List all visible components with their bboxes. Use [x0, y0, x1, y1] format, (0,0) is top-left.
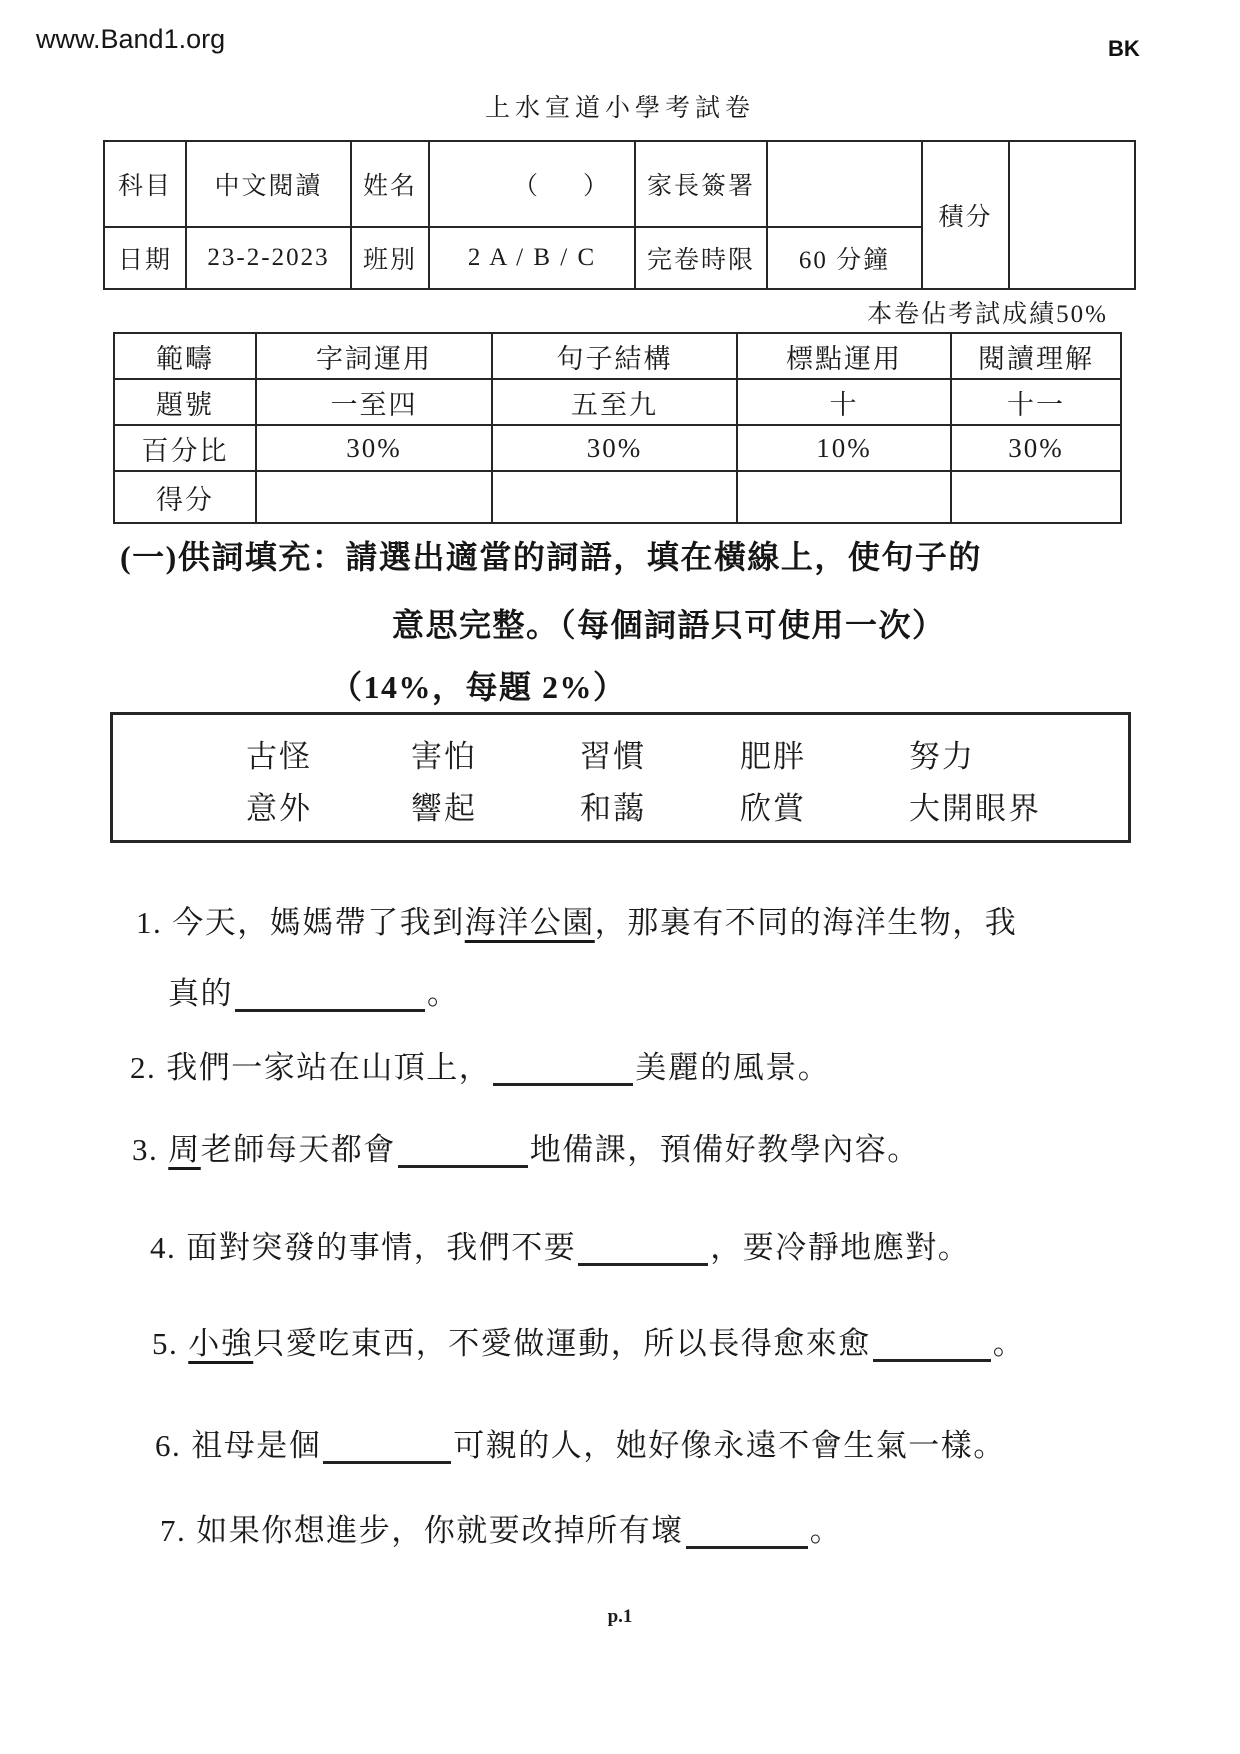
score-weight-note: 本卷佔考試成績50% — [0, 294, 1108, 330]
answer-blank — [493, 1076, 633, 1086]
question-text: 如果你想進步，你就要改掉所有壞 — [196, 1513, 684, 1548]
breakdown-row-percentage: 百分比 30% 30% 10% 30% — [114, 425, 1121, 471]
breakdown-cell — [256, 471, 492, 523]
question-text: 。 — [810, 1513, 843, 1548]
breakdown-row-marks: 得分 — [114, 471, 1121, 523]
subject-label-cell: 科目 — [104, 141, 186, 227]
breakdown-cell: 30% — [492, 425, 737, 471]
watermark-text: www.Band1.org — [36, 24, 225, 55]
question-text: 。 — [427, 976, 460, 1011]
word-bank-word: 古怪 — [246, 731, 411, 776]
question-text: ，要冷靜地應對。 — [710, 1230, 970, 1265]
answer-blank — [235, 1002, 425, 1012]
question-3: 3.周老師每天都會地備課，預備好教學內容。 — [132, 1124, 920, 1169]
exam-info-table: 科目 中文閱讀 姓名 （ ） 家長簽署 積分 日期 23-2-2023 班別 2… — [103, 140, 1136, 290]
question-text: 。 — [993, 1326, 1026, 1361]
answer-blank — [578, 1256, 708, 1266]
date-label-cell: 日期 — [104, 227, 186, 289]
word-bank-word: 欣賞 — [740, 783, 909, 828]
question-text: 真的 — [168, 976, 233, 1011]
underlined-term: 海洋公園 — [465, 905, 595, 940]
score-label-cell: 積分 — [922, 141, 1009, 289]
exam-paper-page: www.Band1.org BK 上水宣道小學考試卷 科目 中文閱讀 姓名 （ … — [0, 0, 1240, 1754]
corner-code-label: BK — [1108, 36, 1140, 62]
breakdown-cell: 30% — [951, 425, 1121, 471]
breakdown-cell: 題號 — [114, 379, 256, 425]
word-bank-row-1: 古怪害怕習慣肥胖努力 — [246, 731, 1128, 783]
breakdown-row-question-numbers: 題號 一至四 五至九 十 十一 — [114, 379, 1121, 425]
class-label-cell: 班別 — [351, 227, 429, 289]
section-one-marks-note: （14%，每題 2%） — [330, 662, 627, 708]
breakdown-cell: 字詞運用 — [256, 333, 492, 379]
underlined-term: 小強 — [188, 1326, 253, 1361]
question-4: 4.面對突發的事情，我們不要，要冷靜地應對。 — [150, 1222, 970, 1267]
word-bank-word: 和藹 — [580, 783, 740, 828]
question-number: 7. — [160, 1513, 186, 1548]
breakdown-cell: 十一 — [951, 379, 1121, 425]
name-value-cell: （ ） — [429, 141, 635, 227]
question-text: ，那裏有不同的海洋生物，我 — [595, 905, 1018, 940]
word-bank-word: 害怕 — [411, 731, 580, 776]
question-number: 6. — [155, 1428, 181, 1463]
breakdown-cell: 30% — [256, 425, 492, 471]
breakdown-cell: 10% — [737, 425, 951, 471]
breakdown-cell: 得分 — [114, 471, 256, 523]
question-number: 2. — [130, 1050, 156, 1085]
question-text: 只愛吃東西，不愛做運動，所以長得愈來愈 — [253, 1326, 871, 1361]
breakdown-cell: 範疇 — [114, 333, 256, 379]
breakdown-cell: 句子結構 — [492, 333, 737, 379]
breakdown-cell: 標點運用 — [737, 333, 951, 379]
subject-value-cell: 中文閱讀 — [186, 141, 351, 227]
question-text: 美麗的風景。 — [635, 1050, 830, 1085]
question-text: 面對突發的事情，我們不要 — [186, 1230, 576, 1265]
class-value-cell: 2 A / B / C — [429, 227, 635, 289]
word-bank-row-2: 意外響起和藹欣賞大開眼界 — [246, 783, 1128, 835]
question-text: 地備課，預備好教學內容。 — [530, 1132, 920, 1167]
answer-blank — [686, 1539, 808, 1549]
question-text: 今天，媽媽帶了我到 — [172, 905, 465, 940]
paper-title: 上水宣道小學考試卷 — [0, 88, 1240, 124]
page-number: p.1 — [0, 1606, 1240, 1628]
answer-blank — [323, 1454, 451, 1464]
breakdown-cell: 十 — [737, 379, 951, 425]
time-limit-label-cell: 完卷時限 — [635, 227, 767, 289]
question-1-line-2: 真的。 — [168, 968, 460, 1013]
word-bank-box: 古怪害怕習慣肥胖努力 意外響起和藹欣賞大開眼界 — [110, 712, 1131, 843]
word-bank-word: 習慣 — [580, 731, 740, 776]
answer-blank — [398, 1158, 528, 1168]
breakdown-cell: 百分比 — [114, 425, 256, 471]
question-5: 5.小強只愛吃東西，不愛做運動，所以長得愈來愈。 — [152, 1318, 1025, 1363]
word-bank-word: 大開眼界 — [909, 783, 1041, 828]
question-number: 4. — [150, 1230, 176, 1265]
question-6: 6.祖母是個可親的人，她好像永遠不會生氣一樣。 — [155, 1420, 1006, 1465]
breakdown-cell: 五至九 — [492, 379, 737, 425]
underlined-term: 周 — [168, 1132, 201, 1167]
question-number: 5. — [152, 1326, 178, 1361]
breakdown-cell: 閱讀理解 — [951, 333, 1121, 379]
question-text: 可親的人，她好像永遠不會生氣一樣。 — [453, 1428, 1006, 1463]
time-limit-value-cell: 60 分鐘 — [767, 227, 922, 289]
question-2: 2.我們一家站在山頂上，美麗的風景。 — [130, 1042, 830, 1087]
section-one-instruction-line1: (一)供詞填充：請選出適當的詞語，填在橫線上，使句子的 — [120, 532, 982, 578]
answer-blank — [873, 1352, 991, 1362]
section-one-instruction-line2: 意思完整。（每個詞語只可使用一次） — [392, 600, 946, 646]
word-bank-word: 肥胖 — [740, 731, 909, 776]
parent-sign-value-cell — [767, 141, 922, 227]
breakdown-cell — [737, 471, 951, 523]
question-1-line-1: 1.今天，媽媽帶了我到海洋公園，那裏有不同的海洋生物，我 — [136, 897, 1017, 942]
breakdown-cell — [951, 471, 1121, 523]
word-bank-word: 意外 — [246, 783, 411, 828]
name-label-cell: 姓名 — [351, 141, 429, 227]
word-bank-word: 努力 — [909, 731, 975, 776]
question-number: 3. — [132, 1132, 158, 1167]
breakdown-cell: 一至四 — [256, 379, 492, 425]
score-breakdown-table: 範疇 字詞運用 句子結構 標點運用 閱讀理解 題號 一至四 五至九 十 十一 百… — [113, 332, 1122, 524]
question-text: 我們一家站在山頂上， — [166, 1050, 491, 1085]
breakdown-row-category: 範疇 字詞運用 句子結構 標點運用 閱讀理解 — [114, 333, 1121, 379]
parent-sign-label-cell: 家長簽署 — [635, 141, 767, 227]
word-bank-word: 響起 — [411, 783, 580, 828]
date-value-cell: 23-2-2023 — [186, 227, 351, 289]
score-value-cell — [1009, 141, 1135, 289]
question-text: 祖母是個 — [191, 1428, 321, 1463]
question-7: 7.如果你想進步，你就要改掉所有壞。 — [160, 1505, 842, 1550]
breakdown-cell — [492, 471, 737, 523]
question-text: 老師每天都會 — [201, 1132, 396, 1167]
question-number: 1. — [136, 905, 162, 940]
